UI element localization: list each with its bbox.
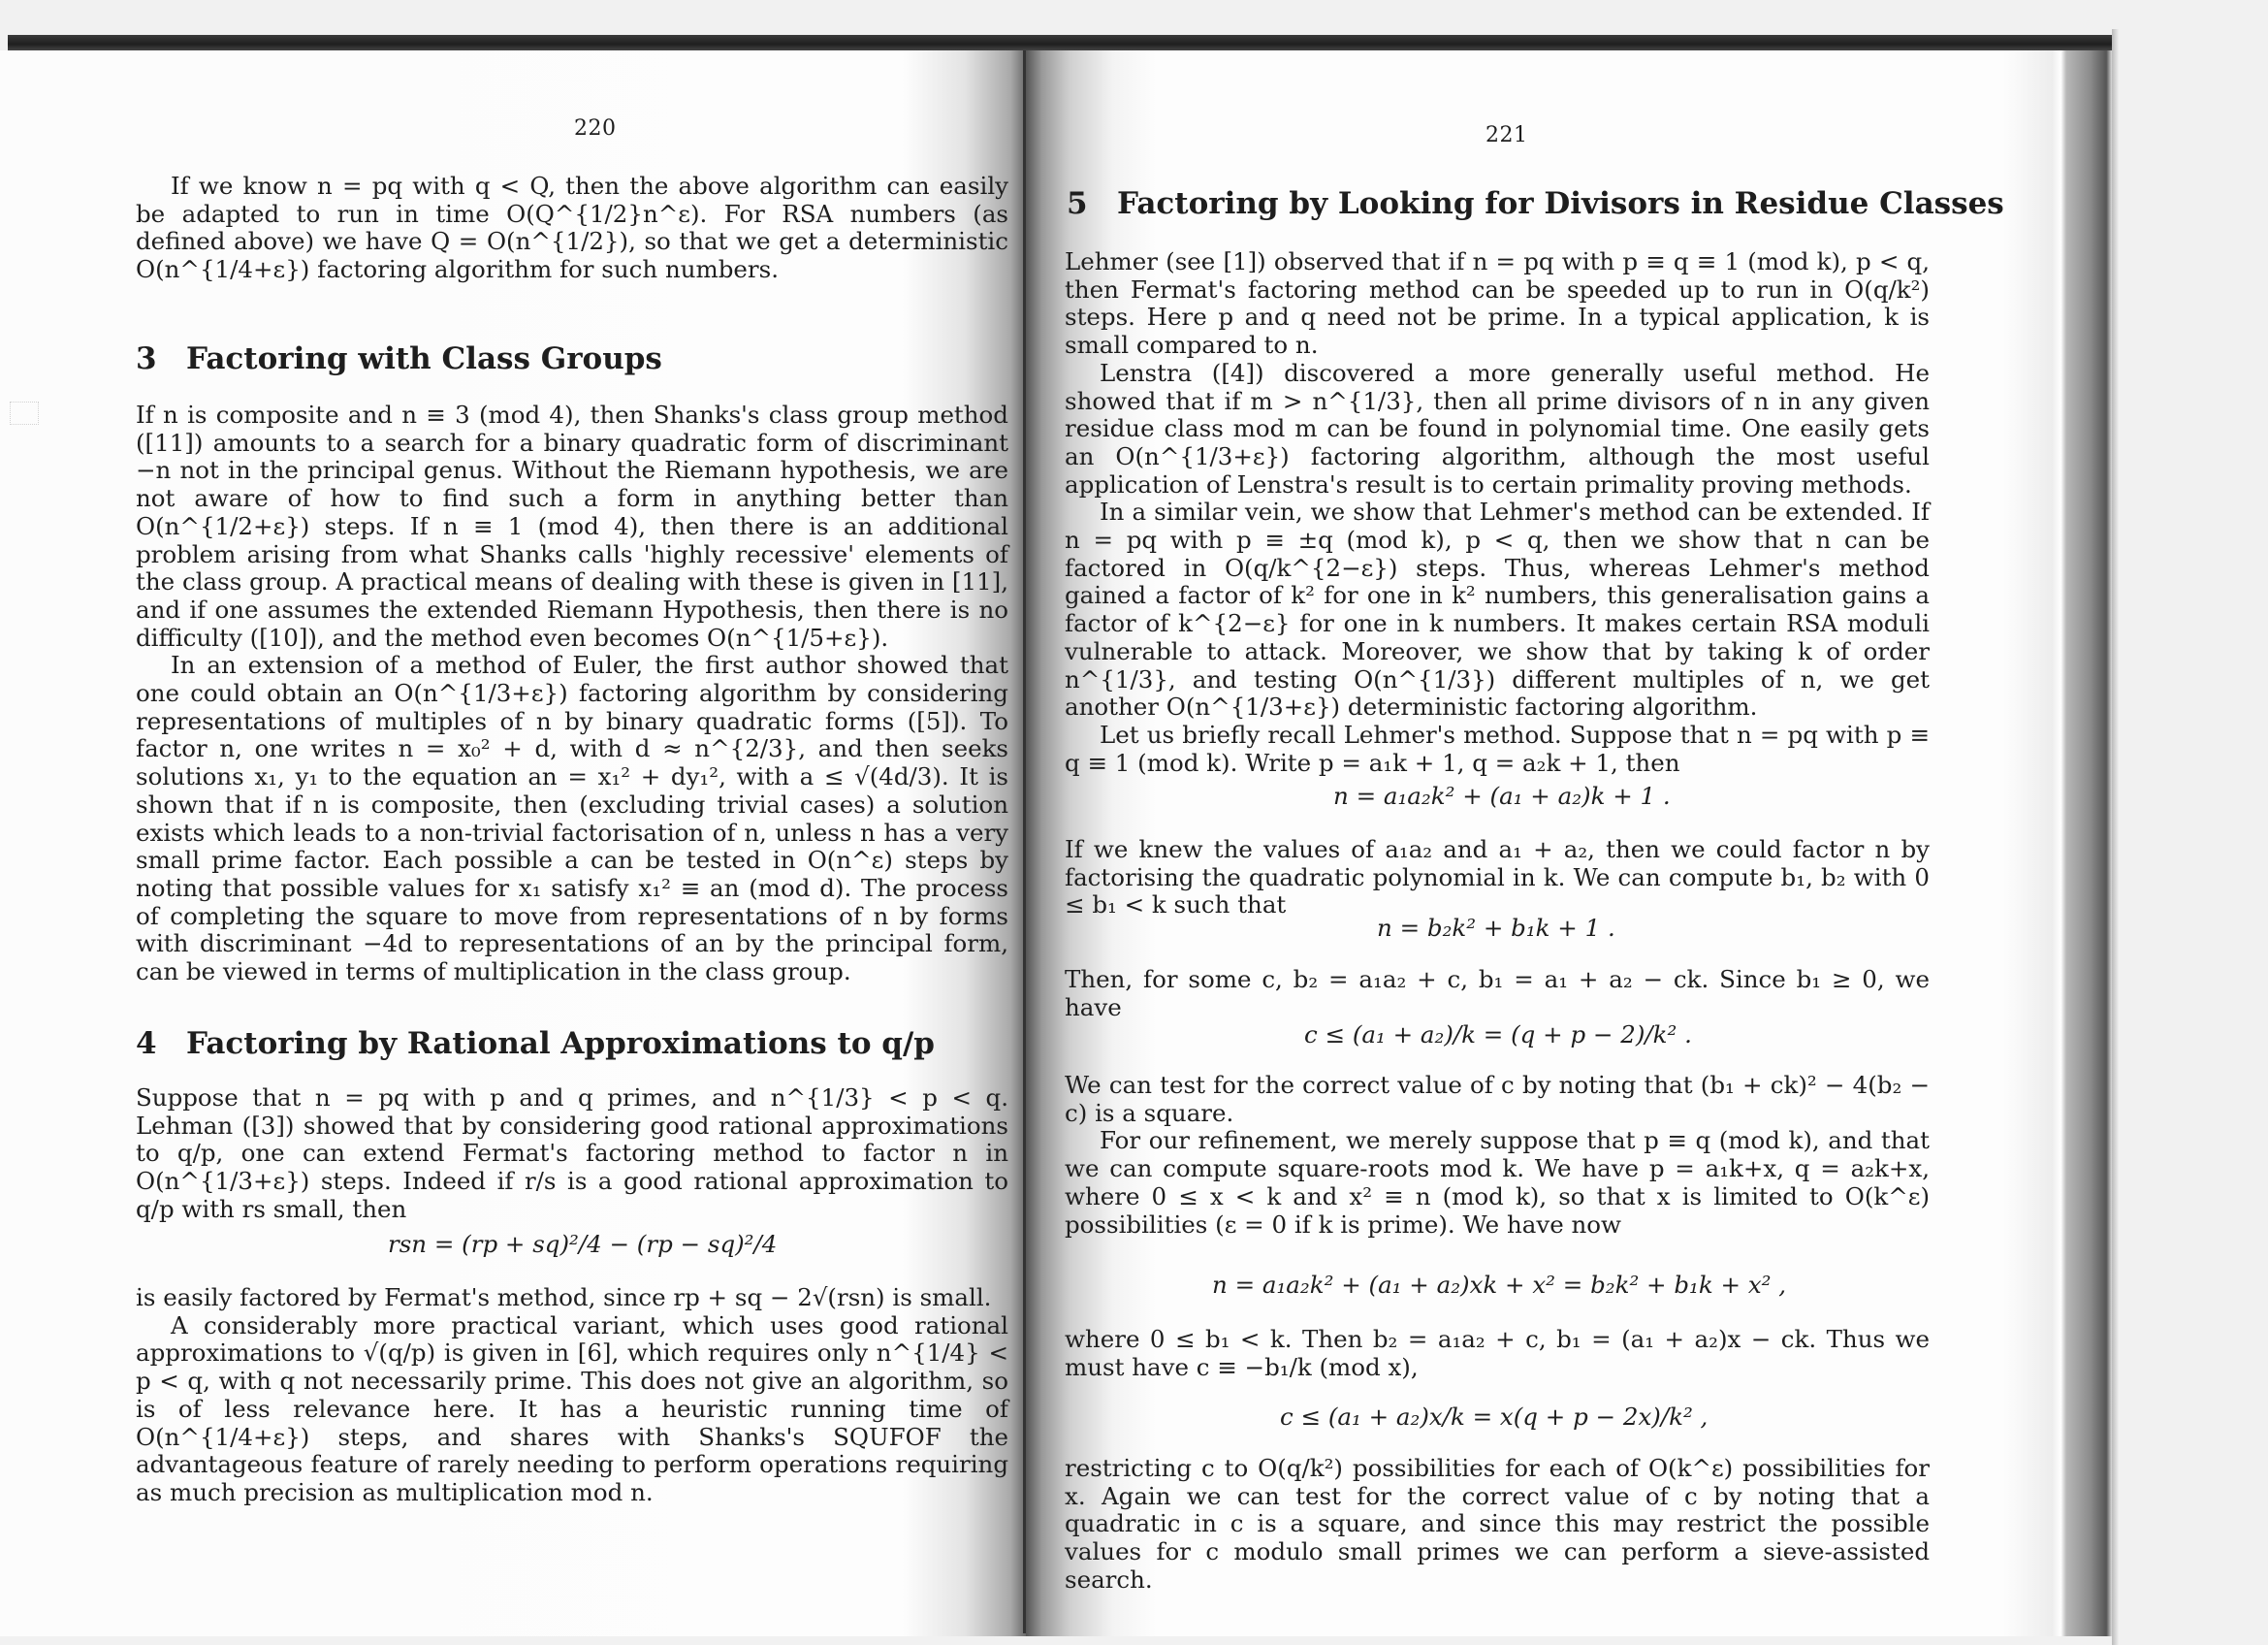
paragraph: Lenstra ([4]) discovered a more generall… (1065, 360, 1930, 500)
paragraph: Then, for some c, b₂ = a₁a₂ + c, b₁ = a₁… (1065, 966, 1930, 1021)
section-5-body-e: where 0 ≤ b₁ < k. Then b₂ = a₁a₂ + c, b₁… (1065, 1326, 1930, 1381)
equation-rsn: rsn = (rp + sq)²/4 − (rp − sq)²/4 (388, 1230, 777, 1258)
paragraph: If n is composite and n ≡ 3 (mod 4), the… (136, 402, 1008, 652)
paragraph: For our refinement, we merely suppose th… (1065, 1127, 1930, 1239)
section-3-body: If n is composite and n ≡ 3 (mod 4), the… (136, 402, 1008, 986)
section-4-heading: 4Factoring by Rational Approximations to… (136, 1026, 935, 1061)
book-outer-edge (2112, 29, 2120, 1645)
paragraph: We can test for the correct value of c b… (1065, 1072, 1930, 1127)
section-4-body-a: Suppose that n = pq with p and q primes,… (136, 1084, 1008, 1224)
paragraph: A considerably more practical variant, w… (136, 1312, 1008, 1507)
paragraph: is easily factored by Fermat's method, s… (136, 1284, 1008, 1312)
section-3-heading: 3Factoring with Class Groups (136, 341, 662, 376)
intro-paragraph: If we know n = pq with q < Q, then the a… (136, 173, 1008, 284)
section-5-heading: 5Factoring by Looking for Divisors in Re… (1067, 186, 2004, 221)
section-5-body-f: restricting c to O(q/k²) possibilities f… (1065, 1455, 1930, 1595)
section-title: Factoring with Class Groups (186, 341, 662, 376)
section-5-body-c: Then, for some c, b₂ = a₁a₂ + c, b₁ = a₁… (1065, 966, 1930, 1021)
equation-c-bound-x: c ≤ (a₁ + a₂)x/k = x(q + p − 2x)/k² , (1280, 1403, 1708, 1431)
section-5-body-b: If we knew the values of a₁a₂ and a₁ + a… (1065, 836, 1930, 919)
scan-top-shadow (8, 35, 2117, 50)
paragraph: If we know n = pq with q < Q, then the a… (136, 173, 1008, 284)
section-title: Factoring by Looking for Divisors in Res… (1117, 186, 2004, 221)
equation-c-bound: c ≤ (a₁ + a₂)/k = (q + p − 2)/k² . (1304, 1020, 1692, 1048)
equation-refined-n: n = a₁a₂k² + (a₁ + a₂)xk + x² = b₂k² + b… (1212, 1271, 1786, 1299)
section-number: 3 (136, 341, 186, 376)
section-number: 5 (1067, 186, 1117, 221)
paragraph: restricting c to O(q/k²) possibilities f… (1065, 1455, 1930, 1595)
book-gutter (1023, 50, 1026, 1633)
section-title: Factoring by Rational Approximations to … (186, 1026, 935, 1061)
equation-lehmer-n: n = a₁a₂k² + (a₁ + a₂)k + 1 . (1333, 782, 1671, 810)
paragraph: In an extension of a method of Euler, th… (136, 652, 1008, 985)
scan-artifact-mark (10, 402, 39, 425)
paragraph: In a similar vein, we show that Lehmer's… (1065, 499, 1930, 722)
section-number: 4 (136, 1026, 186, 1061)
paragraph: Let us briefly recall Lehmer's method. S… (1065, 722, 1930, 777)
page-number-right: 221 (1485, 123, 1528, 147)
page-number-left: 220 (574, 116, 617, 141)
paragraph: If we knew the values of a₁a₂ and a₁ + a… (1065, 836, 1930, 919)
paragraph: where 0 ≤ b₁ < k. Then b₂ = a₁a₂ + c, b₁… (1065, 1326, 1930, 1381)
section-4-body-b: is easily factored by Fermat's method, s… (136, 1284, 1008, 1507)
equation-b-form: n = b₂k² + b₁k + 1 . (1377, 914, 1615, 942)
section-5-body-a: Lehmer (see [1]) observed that if n = pq… (1065, 248, 1930, 777)
paragraph: Lehmer (see [1]) observed that if n = pq… (1065, 248, 1930, 360)
section-5-body-d: We can test for the correct value of c b… (1065, 1072, 1930, 1239)
paragraph: Suppose that n = pq with p and q primes,… (136, 1084, 1008, 1224)
